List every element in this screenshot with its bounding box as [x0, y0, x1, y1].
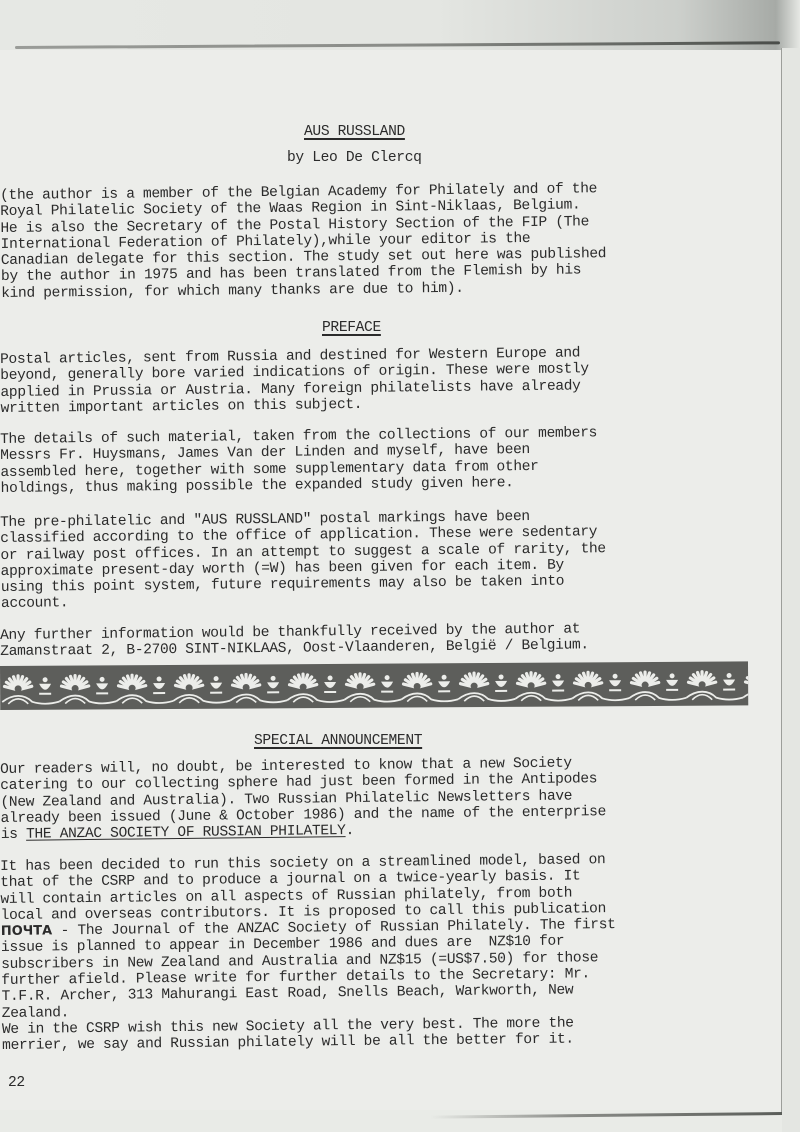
scan-right-margin [782, 48, 800, 1132]
palmette-frieze-icon [0, 661, 748, 710]
author-intro: (the author is a member of the Belgian A… [0, 181, 607, 302]
decorative-border [0, 661, 748, 710]
preface-paragraph: Postal articles, sent from Russia and de… [0, 345, 589, 417]
announcement-heading: SPECIAL ANNOUNCEMENT [254, 733, 422, 749]
page-right-edge [781, 48, 782, 1112]
announcement-paragraph: Our readers will, no doubt, be intereste… [0, 755, 606, 843]
journal-name: ПОЧТА [1, 924, 53, 940]
text-fragment: . [345, 823, 354, 839]
society-name: THE ANZAC SOCIETY OF RUSSIAN PHILATELY [26, 823, 346, 843]
text-fragment: is [1, 827, 26, 843]
article-byline: by Leo De Clercq [287, 150, 422, 166]
page-number: 22 [8, 1075, 25, 1091]
preface-paragraph: The details of such material, taken from… [0, 425, 598, 497]
preface-heading: PREFACE [322, 320, 381, 336]
article-title: AUS RUSSLAND [304, 124, 405, 140]
preface-paragraph: The pre-philatelic and "AUS RUSSLAND" po… [0, 508, 606, 613]
page-bottom-edge [430, 1112, 782, 1119]
announcement-paragraph: It has been decided to run this society … [0, 852, 617, 1055]
preface-paragraph-contact: Any further information would be thankfu… [0, 621, 589, 660]
